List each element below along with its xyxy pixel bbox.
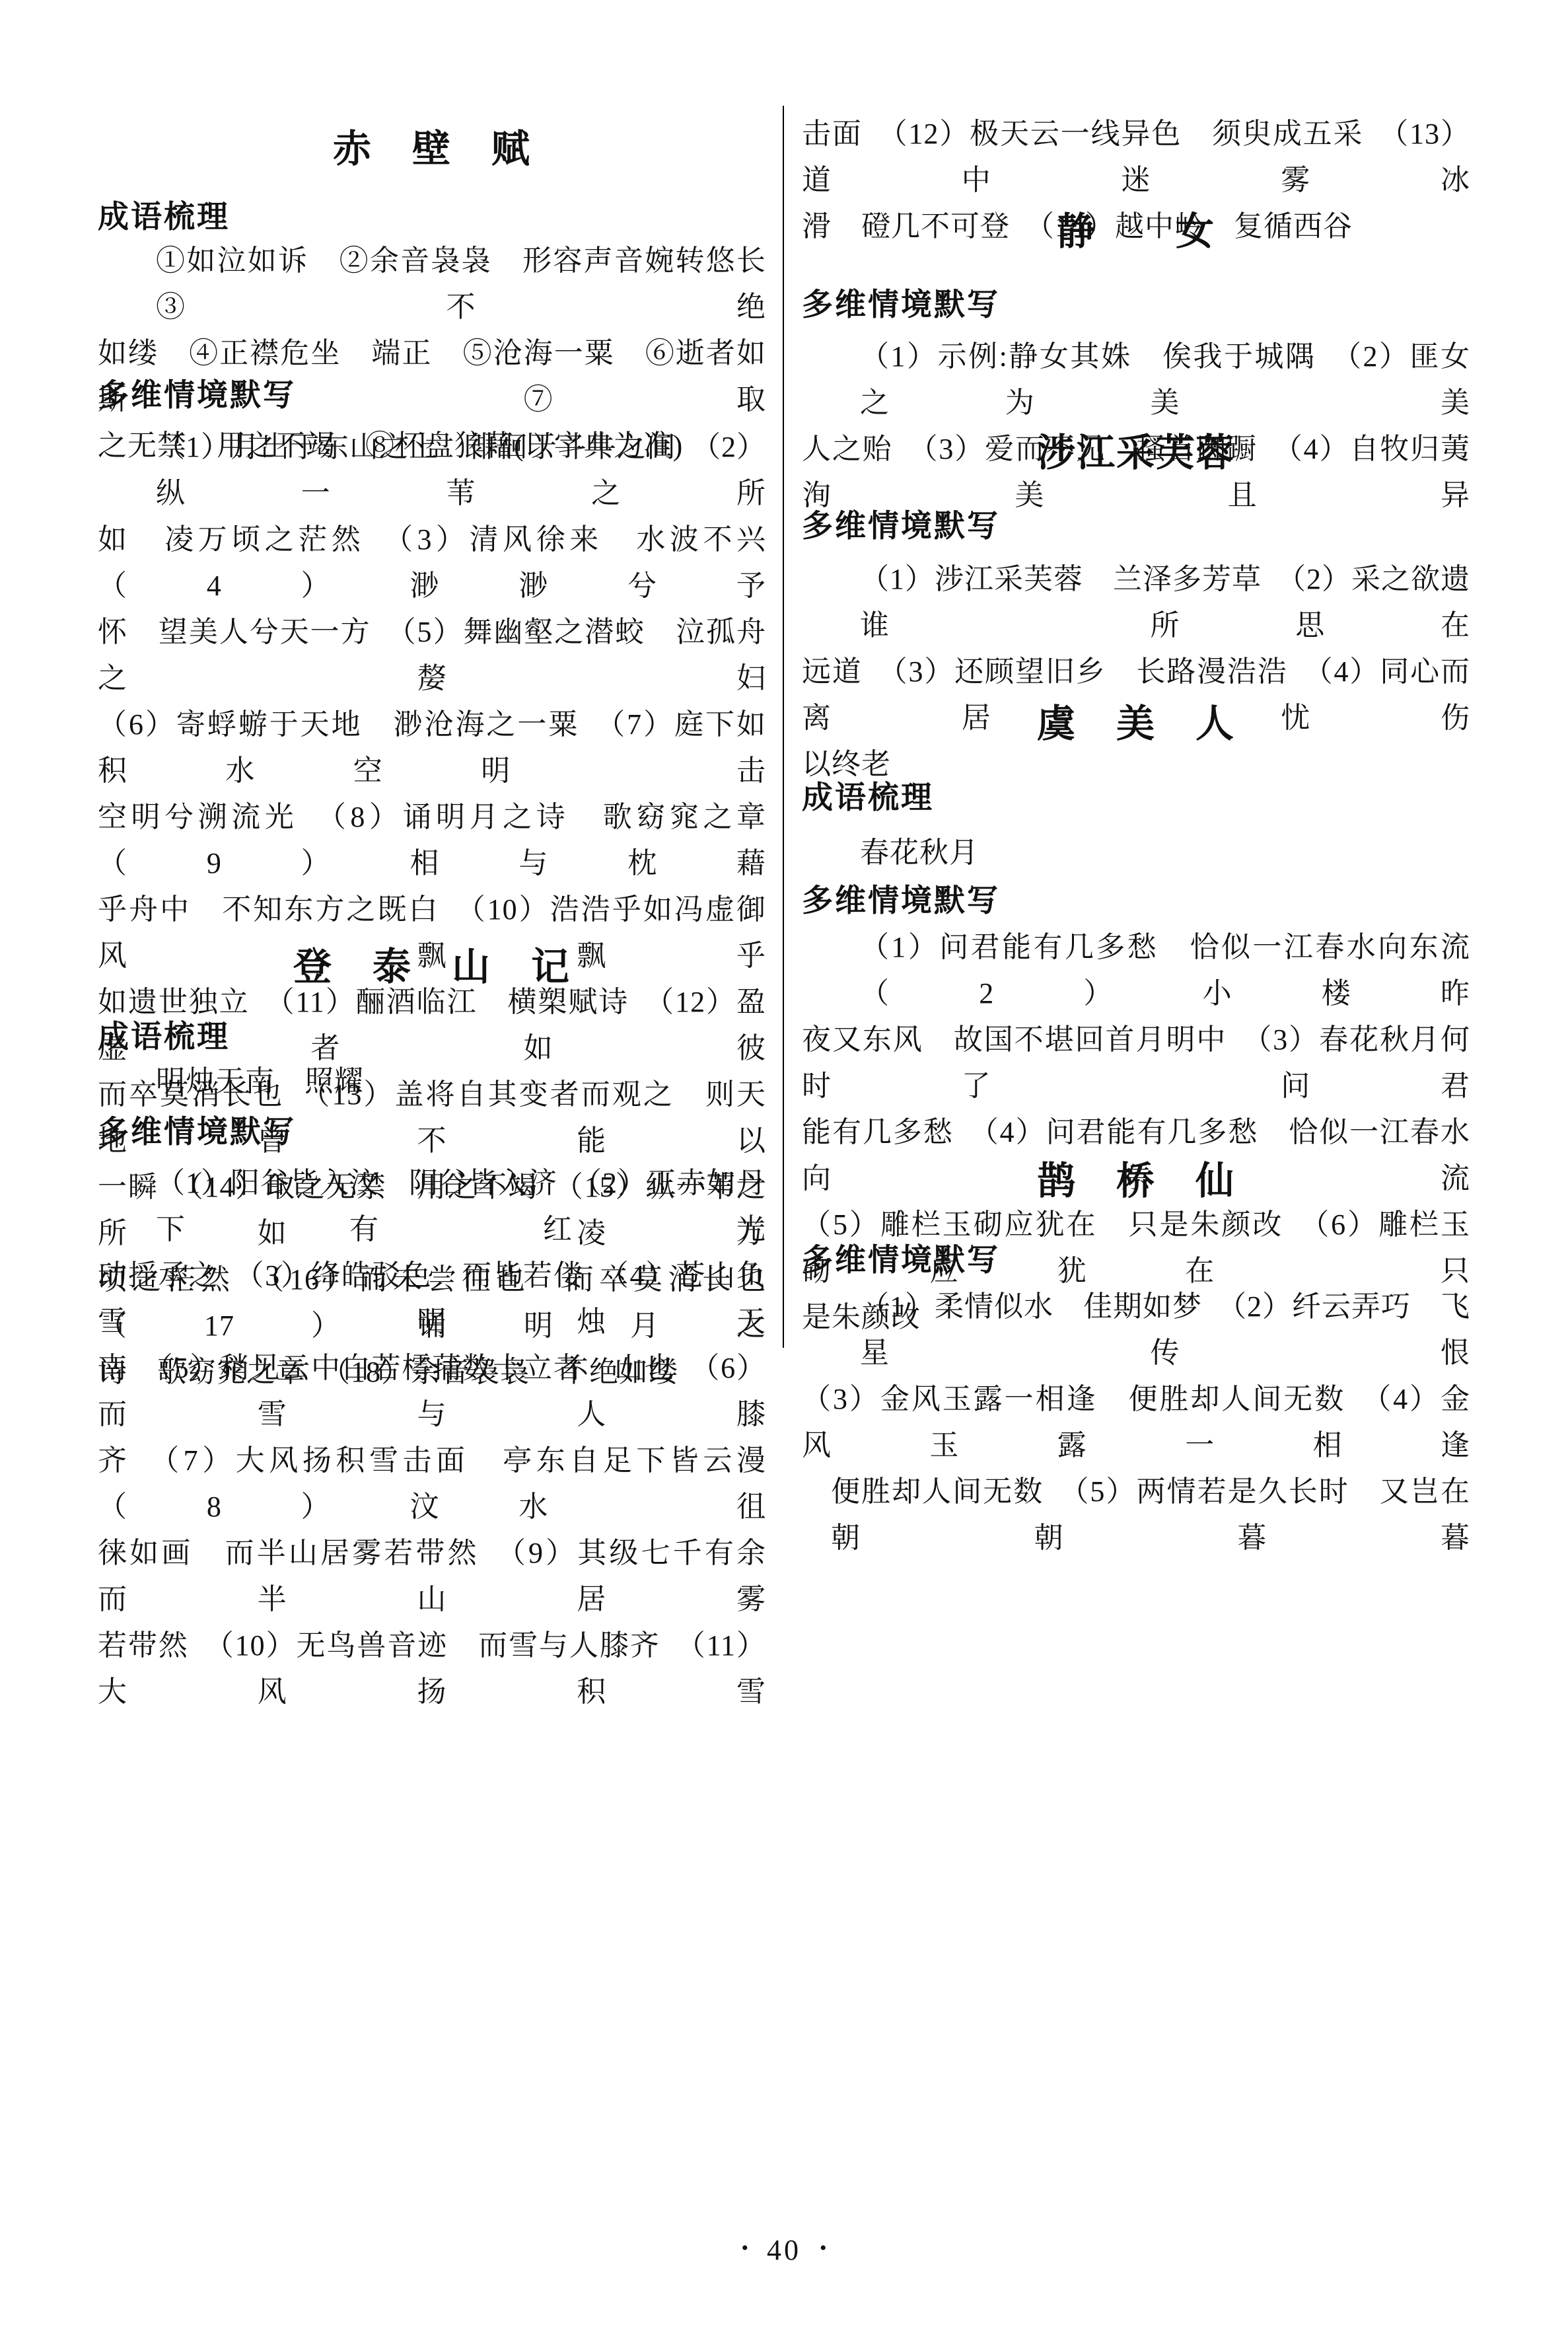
text-line: 如 凌万顷之茫然 （3）清风徐来 水波不兴 （4）渺渺兮予 bbox=[98, 517, 766, 609]
text-line: ①如泣如诉 ②余音袅袅 形容声音婉转悠长 ③不绝 bbox=[98, 238, 766, 330]
text-line: （3）金风玉露一相逢 便胜却人间无数 （4）金风玉露一相逢 bbox=[802, 1376, 1470, 1469]
section-title-dengtaishanji: 登 泰 山 记 bbox=[98, 937, 766, 998]
text-line: 若带然 （10）无鸟兽音迹 而雪与人膝齐 （11）大风扬积雪 bbox=[98, 1623, 766, 1715]
dictation-paragraph-queqiaoxian: （1）柔情似水 佳期如梦 （2）纤云弄巧 飞星传恨 （3）金风玉露一相逢 便胜却… bbox=[802, 1284, 1470, 1561]
section-title-jingnv: 静 女 bbox=[802, 202, 1470, 262]
dictation-heading-dengtaishanji: 多维情境默写 bbox=[98, 1110, 296, 1154]
footer-left-dot: • bbox=[741, 2237, 748, 2259]
answer-key-page: 赤 壁 赋 成语梳理 ①如泣如诉 ②余音袅袅 形容声音婉转悠长 ③不绝 如缕 ④… bbox=[0, 0, 1568, 2325]
idiom-heading-yumeiren: 成语梳理 bbox=[802, 776, 934, 819]
dictation-paragraph-dengtaishanji: （1）阳谷皆入汶 阴谷皆入济 （2）正赤如丹 下有红光 动摇承之 （3）绛皓驳色… bbox=[98, 1160, 766, 1715]
text-line: （1）涉江采芙蓉 兰泽多芳草 （2）采之欲遗谁 所思在 bbox=[802, 556, 1470, 649]
dictation-heading-shejiangcaifurong: 多维情境默写 bbox=[802, 504, 1000, 548]
dictation-heading-queqiaoxian: 多维情境默写 bbox=[802, 1238, 1000, 1282]
section-title-queqiaoxian: 鹊 桥 仙 bbox=[802, 1151, 1470, 1212]
text-line: （6）寄蜉蝣于天地 渺沧海之一粟 （7）庭下如积水空明 击 bbox=[98, 702, 766, 794]
column-divider bbox=[783, 106, 784, 1348]
text-line: （1）示例:静女其姝 俟我于城隅 （2）匪女之为美 美 bbox=[802, 334, 1470, 426]
idiom-heading-dengtaishanji: 成语梳理 bbox=[98, 1015, 230, 1058]
page-number: 40 bbox=[748, 2234, 820, 2266]
text-line: 动摇承之 （3）绛皓驳色 而皆若偻 （4）苍山负雪 明烛天 bbox=[98, 1253, 766, 1345]
dictation-heading-yumeiren: 多维情境默写 bbox=[802, 879, 1000, 922]
text-line: 春花秋月 bbox=[802, 830, 1470, 876]
idiom-paragraph-dengtaishanji: 明烛天南 照耀 bbox=[98, 1058, 766, 1105]
text-line: 南 （5）稍见云中白若樗蒱数十立者 山也 （6）而雪与人膝 bbox=[98, 1345, 766, 1438]
section-title-chibifu: 赤 壁 赋 bbox=[98, 119, 766, 180]
page-footer: •40• bbox=[0, 2225, 1568, 2273]
text-line: 便胜却人间无数 （5）两情若是久长时 又岂在朝朝暮暮 bbox=[802, 1469, 1470, 1561]
section-title-shejiangcaifurong: 涉江采芙蓉 bbox=[802, 423, 1470, 484]
text-line: 击面 （12）极天云一线异色 须臾成五采 （13）道中迷雾冰 bbox=[802, 111, 1470, 203]
dictation-heading-jingnv: 多维情境默写 bbox=[802, 283, 1000, 326]
text-line: 空明兮溯流光 （8）诵明月之诗 歌窈窕之章 （9）相与枕藉 bbox=[98, 794, 766, 887]
footer-right-dot: • bbox=[820, 2237, 827, 2259]
text-line: 怀 望美人兮天一方 （5）舞幽壑之潜蛟 泣孤舟之嫠妇 bbox=[98, 609, 766, 702]
dictation-heading-chibifu: 多维情境默写 bbox=[98, 373, 296, 417]
section-title-yumeiren: 虞 美 人 bbox=[802, 694, 1470, 755]
text-line: （1）柔情似水 佳期如梦 （2）纤云弄巧 飞星传恨 bbox=[802, 1284, 1470, 1376]
text-line: （1）问君能有几多愁 恰似一江春水向东流 （2）小楼昨 bbox=[802, 924, 1470, 1017]
text-line: 徕如画 而半山居雾若带然 （9）其级七千有余 而半山居雾 bbox=[98, 1530, 766, 1623]
text-line: （1）月出于东山之上 徘徊于斗牛之间 （2）纵一苇之所 bbox=[98, 424, 766, 517]
text-line: 齐 （7）大风扬积雪击面 亭东自足下皆云漫 （8）汶水 徂 bbox=[98, 1438, 766, 1530]
idiom-paragraph-yumeiren: 春花秋月 bbox=[802, 830, 1470, 876]
idiom-heading-chibifu: 成语梳理 bbox=[98, 195, 230, 239]
text-line: 明烛天南 照耀 bbox=[98, 1058, 766, 1105]
text-line: （1）阳谷皆入汶 阴谷皆入济 （2）正赤如丹 下有红光 bbox=[98, 1160, 766, 1253]
text-line: 夜又东风 故国不堪回首月明中 （3）春花秋月何时了 问君 bbox=[802, 1017, 1470, 1109]
